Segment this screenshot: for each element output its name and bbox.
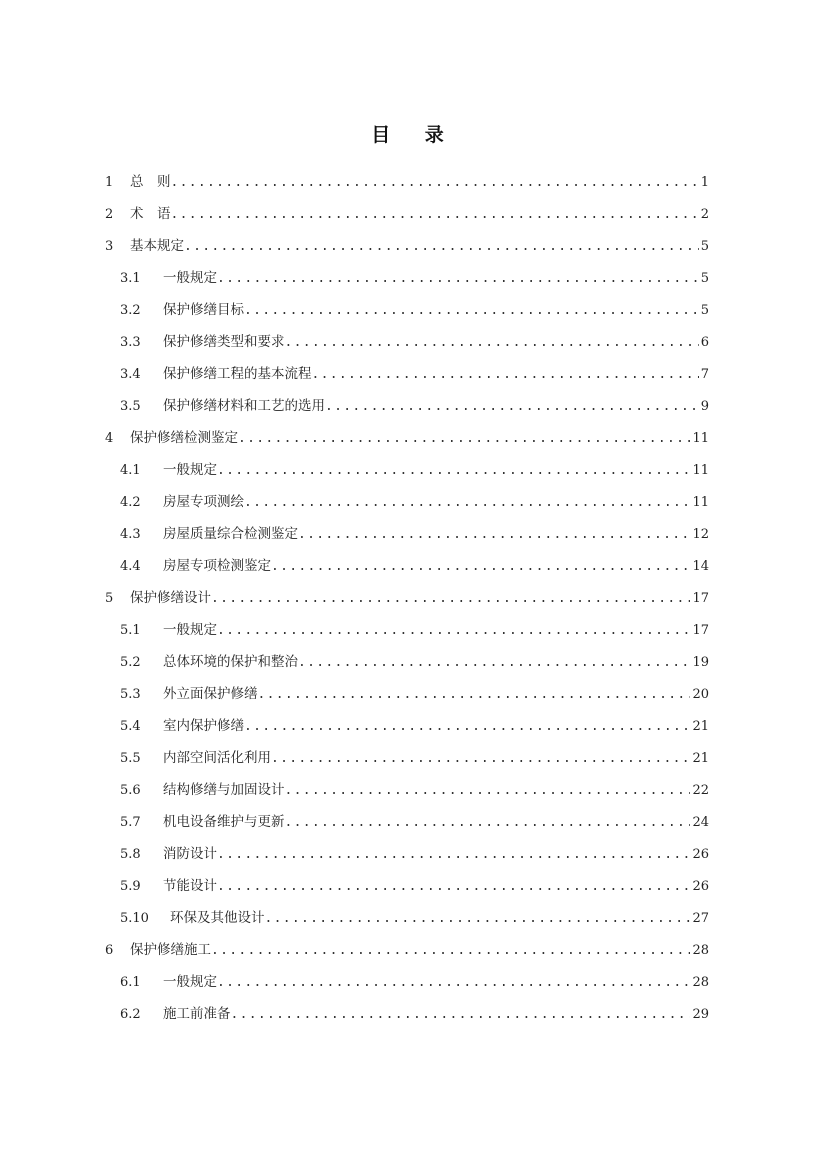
toc-entry-label: 节能设计 [163, 874, 217, 898]
toc-entry-page: 9 [701, 395, 709, 418]
dot-leader [171, 203, 699, 226]
toc-entry-page: 1 [701, 171, 709, 194]
toc-entry-label: 内部空间活化利用 [163, 746, 271, 770]
toc-entry-number: 4.4 [120, 555, 163, 578]
toc-entry-number: 4.1 [120, 459, 163, 482]
toc-entry-label: 房屋专项测绘 [163, 490, 244, 514]
toc-entry-page: 27 [692, 907, 709, 930]
dot-leader [217, 875, 690, 898]
toc-entry-number: 5.1 [120, 619, 163, 642]
toc-entry[interactable]: 3.2 保护修缮目标 5 [120, 298, 709, 322]
toc-entry-number: 4.2 [120, 491, 163, 514]
toc-entry[interactable]: 3.1 一般规定 5 [120, 266, 709, 290]
toc-entry-number: 5.6 [120, 779, 163, 802]
toc-entry-label: 室内保护修缮 [163, 714, 244, 738]
dot-leader [271, 747, 690, 770]
toc-entry-page: 26 [692, 843, 709, 866]
toc-entry[interactable]: 3.3 保护修缮类型和要求 6 [120, 330, 709, 354]
toc-entry-label: 房屋质量综合检测鉴定 [163, 522, 298, 546]
toc-entry-page: 7 [701, 363, 709, 386]
toc-entry-label: 一般规定 [163, 618, 217, 642]
dot-leader [258, 683, 691, 706]
toc-entry-number: 4 [105, 427, 130, 450]
toc-entry-page: 24 [692, 811, 709, 834]
toc-entry-number: 5.9 [120, 875, 163, 898]
dot-leader [312, 363, 699, 386]
dot-leader [231, 1003, 691, 1026]
toc-entry[interactable]: 5.9 节能设计 26 [120, 874, 709, 898]
toc-entry-number: 5.5 [120, 747, 163, 770]
toc-entry[interactable]: 6.2 施工前准备 29 [120, 1002, 709, 1026]
toc-entry-label: 保护修缮设计 [130, 586, 211, 610]
toc-entry[interactable]: 3.4 保护修缮工程的基本流程 7 [120, 362, 709, 386]
toc-entry-number: 5.8 [120, 843, 163, 866]
toc-entry-label: 保护修缮工程的基本流程 [163, 362, 312, 386]
dot-leader [244, 491, 690, 514]
dot-leader [285, 779, 691, 802]
toc-entry[interactable]: 4.4 房屋专项检测鉴定 14 [120, 554, 709, 578]
toc-entry[interactable]: 5.6 结构修缮与加固设计 22 [120, 778, 709, 802]
toc-entry-number: 3.5 [120, 395, 163, 418]
toc-entry-page: 5 [701, 299, 709, 322]
toc-entry[interactable]: 5.8 消防设计 26 [120, 842, 709, 866]
toc-entry-label: 总体环境的保护和整治 [163, 650, 298, 674]
dot-leader [244, 715, 690, 738]
toc-entry-number: 6.1 [120, 971, 163, 994]
toc-entry[interactable]: 4.3 房屋质量综合检测鉴定 12 [120, 522, 709, 546]
toc-entry-label: 一般规定 [163, 266, 217, 290]
toc-entry-page: 5 [701, 235, 709, 258]
dot-leader [217, 267, 699, 290]
toc-entry-label: 保护修缮类型和要求 [163, 330, 285, 354]
toc-entry[interactable]: 5.7 机电设备维护与更新 24 [120, 810, 709, 834]
toc-entry[interactable]: 4.1 一般规定 11 [120, 458, 709, 482]
dot-leader [217, 971, 690, 994]
toc-entry-page: 17 [692, 587, 709, 610]
toc-entry-label: 总 则 [130, 170, 171, 194]
dot-leader [325, 395, 699, 418]
toc-entry-number: 6.2 [120, 1003, 163, 1026]
document-page: 目 录 1 总 则 1 2 术 语 2 3 基本规定 5 3.1 一般规定 5 [0, 0, 815, 1153]
toc-entry[interactable]: 5.3 外立面保护修缮 20 [120, 682, 709, 706]
toc-entry-label: 保护修缮材料和工艺的选用 [163, 394, 325, 418]
toc-entry-page: 17 [692, 619, 709, 642]
dot-leader [265, 907, 691, 930]
toc-entry-number: 4.3 [120, 523, 163, 546]
toc-entry[interactable]: 5 保护修缮设计 17 [105, 586, 709, 610]
toc-entry-label: 一般规定 [163, 458, 217, 482]
toc-entry-number: 5.10 [120, 907, 170, 930]
dot-leader [298, 523, 690, 546]
toc-entry-number: 3 [105, 235, 130, 258]
toc-entry-page: 21 [692, 747, 709, 770]
toc-entry-page: 11 [692, 459, 709, 482]
toc-entry-label: 外立面保护修缮 [163, 682, 258, 706]
dot-leader [298, 651, 690, 674]
toc-entry-number: 5.7 [120, 811, 163, 834]
toc-entry-number: 3.2 [120, 299, 163, 322]
toc-entry-page: 11 [692, 427, 709, 450]
toc-entry-number: 6 [105, 939, 130, 962]
toc-entry[interactable]: 3.5 保护修缮材料和工艺的选用 9 [120, 394, 709, 418]
toc-entry-number: 3.1 [120, 267, 163, 290]
dot-leader [171, 171, 699, 194]
toc-entry-label: 术 语 [130, 202, 171, 226]
toc-entry[interactable]: 3 基本规定 5 [105, 234, 709, 258]
toc-entry-number: 5.2 [120, 651, 163, 674]
toc-entry-number: 5.4 [120, 715, 163, 738]
toc-entry[interactable]: 5.4 室内保护修缮 21 [120, 714, 709, 738]
dot-leader [238, 427, 690, 450]
toc-entry-page: 11 [692, 491, 709, 514]
toc-entry-number: 5.3 [120, 683, 163, 706]
toc-entry-label: 消防设计 [163, 842, 217, 866]
toc-entry[interactable]: 1 总 则 1 [105, 170, 709, 194]
dot-leader [217, 843, 690, 866]
dot-leader [271, 555, 690, 578]
toc-entry-label: 施工前准备 [163, 1002, 231, 1026]
toc-entry-page: 22 [692, 779, 709, 802]
toc-entry-label: 保护修缮施工 [130, 938, 211, 962]
dot-leader [184, 235, 699, 258]
toc-entry-page: 20 [692, 683, 709, 706]
toc-entry-page: 29 [692, 1003, 709, 1026]
toc-entry-number: 3.4 [120, 363, 163, 386]
toc-entry[interactable]: 4 保护修缮检测鉴定 11 [105, 426, 709, 450]
toc-entry-page: 26 [692, 875, 709, 898]
toc-entry[interactable]: 6 保护修缮施工 28 [105, 938, 709, 962]
toc-entry-page: 12 [692, 523, 709, 546]
toc-entry-label: 一般规定 [163, 970, 217, 994]
toc-entry[interactable]: 4.2 房屋专项测绘 11 [120, 490, 709, 514]
toc-entry-page: 28 [692, 971, 709, 994]
toc-entry-page: 28 [692, 939, 709, 962]
toc-entry[interactable]: 5.5 内部空间活化利用 21 [120, 746, 709, 770]
toc-entry[interactable]: 6.1 一般规定 28 [120, 970, 709, 994]
toc-entry-number: 3.3 [120, 331, 163, 354]
toc-entry-label: 基本规定 [130, 234, 184, 258]
toc-entry-page: 6 [701, 331, 709, 354]
toc-entry-page: 14 [692, 555, 709, 578]
toc-entry[interactable]: 5.10 环保及其他设计 27 [120, 906, 709, 930]
toc-entry-label: 保护修缮检测鉴定 [130, 426, 238, 450]
dot-leader [285, 331, 699, 354]
toc-entry-label: 环保及其他设计 [170, 906, 265, 930]
toc-entry[interactable]: 5.2 总体环境的保护和整治 19 [120, 650, 709, 674]
toc-entry-number: 1 [105, 171, 130, 194]
toc-entry-number: 2 [105, 203, 130, 226]
toc-entry-page: 2 [701, 203, 709, 226]
toc-entry[interactable]: 2 术 语 2 [105, 202, 709, 226]
dot-leader [211, 939, 690, 962]
toc-entry-label: 机电设备维护与更新 [163, 810, 285, 834]
toc-title: 目 录 [0, 120, 815, 147]
toc-entry-page: 21 [692, 715, 709, 738]
dot-leader [244, 299, 699, 322]
toc-entry-number: 5 [105, 587, 130, 610]
dot-leader [211, 587, 690, 610]
toc-entry-page: 19 [692, 651, 709, 674]
toc-entry[interactable]: 5.1 一般规定 17 [120, 618, 709, 642]
dot-leader [217, 459, 690, 482]
dot-leader [217, 619, 690, 642]
toc-entry-label: 结构修缮与加固设计 [163, 778, 285, 802]
toc-entry-page: 5 [701, 267, 709, 290]
toc-entry-label: 房屋专项检测鉴定 [163, 554, 271, 578]
toc-entry-label: 保护修缮目标 [163, 298, 244, 322]
dot-leader [285, 811, 691, 834]
